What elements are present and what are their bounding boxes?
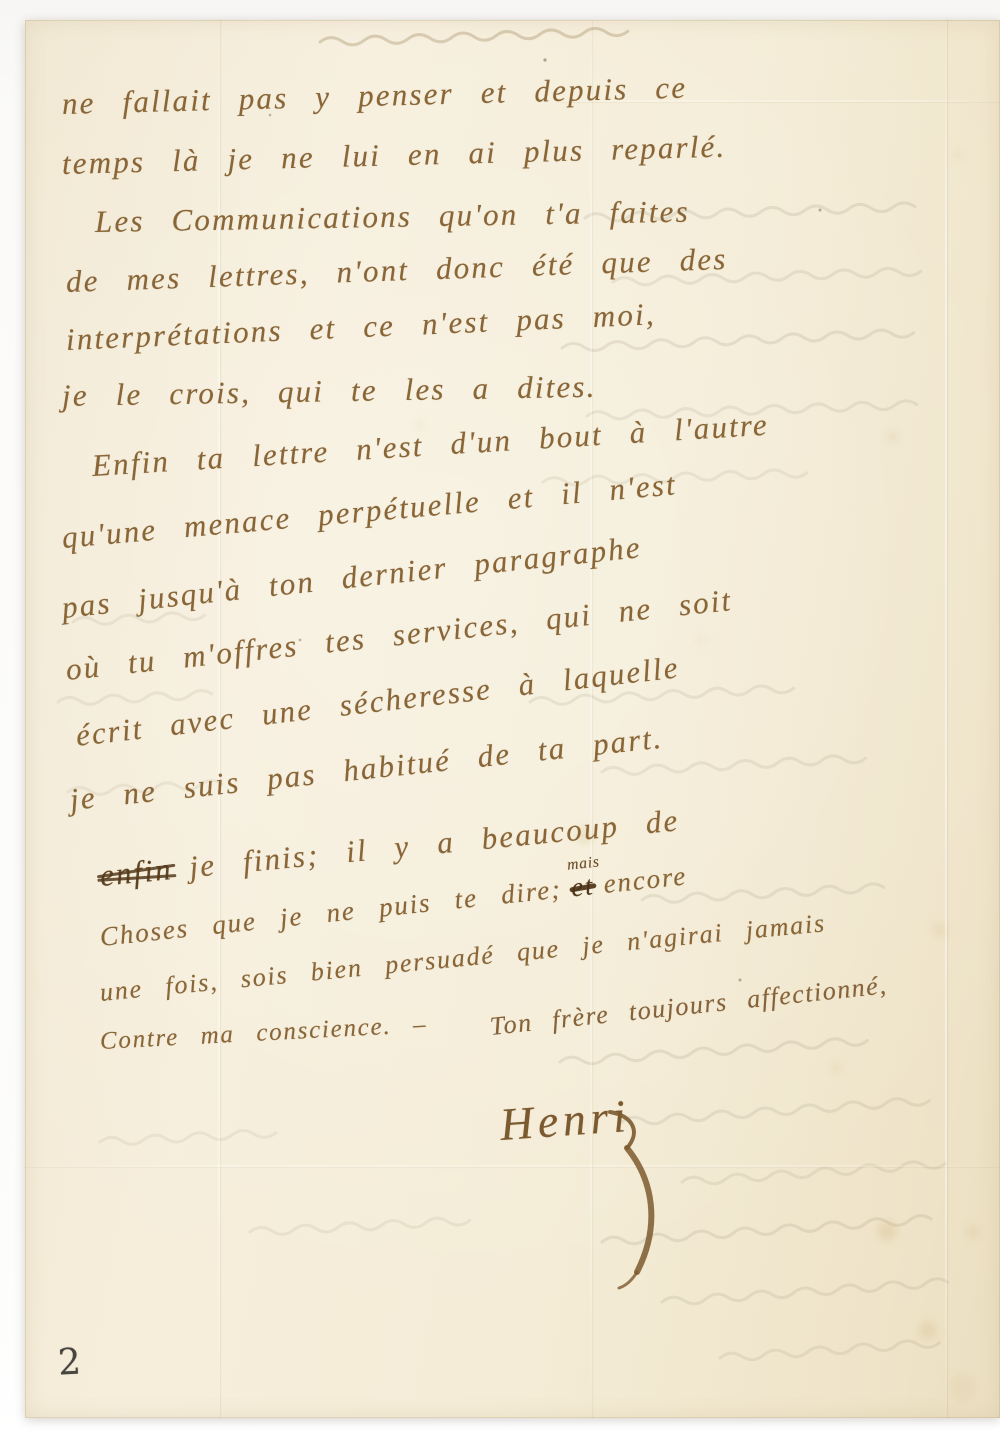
fold-line-horizontal-bottom — [25, 1165, 1000, 1167]
closing-line: Ton frère toujours affectionné, — [488, 970, 888, 1042]
letter-line: ne fallait pas y penser et depuis ce — [62, 70, 688, 122]
crossed-out-text: et — [569, 870, 595, 902]
page-number: 2 — [57, 1341, 82, 1383]
photo-background: ne fallait pas y penser et depuis ce tem… — [0, 0, 1000, 1438]
crossed-out-word: enfin — [98, 851, 174, 893]
letter-line: Les Communications qu'on t'a faites — [95, 194, 690, 240]
letter-line: temps là je ne lui en ai plus reparlé. — [62, 129, 727, 182]
inserted-word: mais — [566, 853, 600, 874]
letter-line: Contre ma conscience. – — [99, 1011, 428, 1056]
signature: Henri — [498, 1089, 632, 1151]
letter-line: de mes lettres, n'ont donc été que des — [65, 241, 728, 300]
letter-page: ne fallait pas y penser et depuis ce tem… — [25, 20, 1000, 1418]
letter-line: interprétations et ce n'est pas moi, — [65, 296, 656, 358]
fold-line-vertical-right — [945, 20, 947, 1418]
letter-line-text: encore — [602, 860, 688, 899]
crossed-out-word: etmais — [569, 870, 595, 902]
letter-line: je le crois, qui te les a dites. — [62, 369, 597, 414]
